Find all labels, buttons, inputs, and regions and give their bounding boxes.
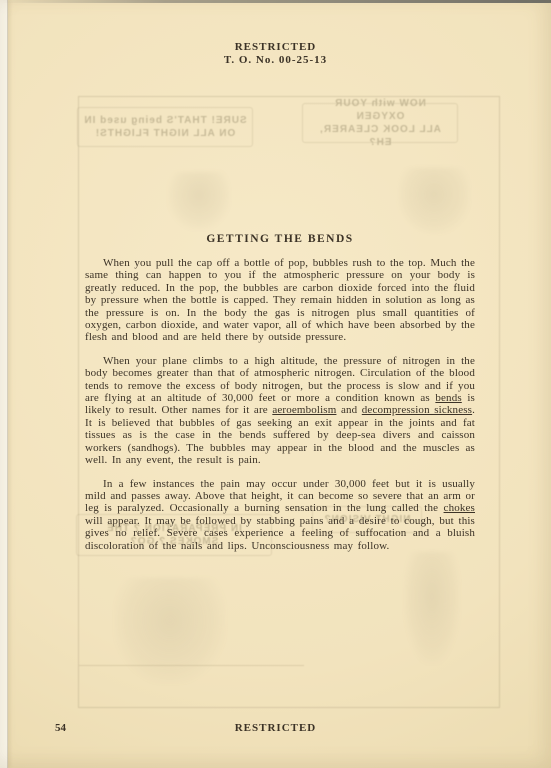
bleed-through-text: SURE! THAT'S being used IN <box>83 114 247 127</box>
paragraph: When you pull the cap off a bottle of po… <box>85 257 475 344</box>
bleed-through-text: ALL LOOK CLEARER, EH? <box>308 123 452 149</box>
bleed-through-text: NOW with YOUR OXYGEN <box>308 97 452 123</box>
text-segment: will appear. It may be followed by stabb… <box>85 515 475 552</box>
underlined-term: chokes <box>444 502 475 514</box>
underlined-term: aeroembolism <box>272 404 336 416</box>
body-content: GETTING THE BENDS When you pull the cap … <box>85 233 475 552</box>
text-segment: and <box>336 404 361 416</box>
paragraph: When your plane climbs to a high altitud… <box>85 355 475 467</box>
bleed-through-cartoon-figure <box>404 552 460 664</box>
scan-edge-left <box>0 0 8 768</box>
page-header: RESTRICTED T. O. No. 00-25-13 <box>0 41 551 67</box>
underlined-term: decompression sickness <box>362 404 472 416</box>
classification-marking-footer: RESTRICTED <box>0 722 551 734</box>
text-segment: When your plane climbs to a high altitud… <box>85 355 475 404</box>
text-segment: When you pull the cap off a bottle of po… <box>85 257 475 343</box>
text-segment: In a few instances the pain may occur un… <box>85 478 475 515</box>
bleed-through-cartoon-figure <box>168 172 230 230</box>
section-title: GETTING THE BENDS <box>85 233 475 245</box>
body-text: When you pull the cap off a bottle of po… <box>85 257 475 552</box>
technical-order-number: T. O. No. 00-25-13 <box>0 54 551 67</box>
classification-marking: RESTRICTED <box>0 41 551 54</box>
bleed-through-cartoon-figure <box>114 578 226 684</box>
bleed-through-cartoon-owl <box>398 168 470 234</box>
scanned-document-page: SURE! THAT'S being used IN ON ALL NIGHT … <box>0 0 551 768</box>
bleed-through-speech-bubble: SURE! THAT'S being used IN ON ALL NIGHT … <box>77 107 253 147</box>
bleed-through-text: ON ALL NIGHT FLIGHTS! <box>83 127 247 140</box>
bleed-through-speech-bubble: NOW with YOUR OXYGEN ALL LOOK CLEARER, E… <box>302 103 458 143</box>
scan-edge-top <box>0 0 551 3</box>
paragraph: In a few instances the pain may occur un… <box>85 478 475 552</box>
underlined-term: bends <box>435 392 461 404</box>
